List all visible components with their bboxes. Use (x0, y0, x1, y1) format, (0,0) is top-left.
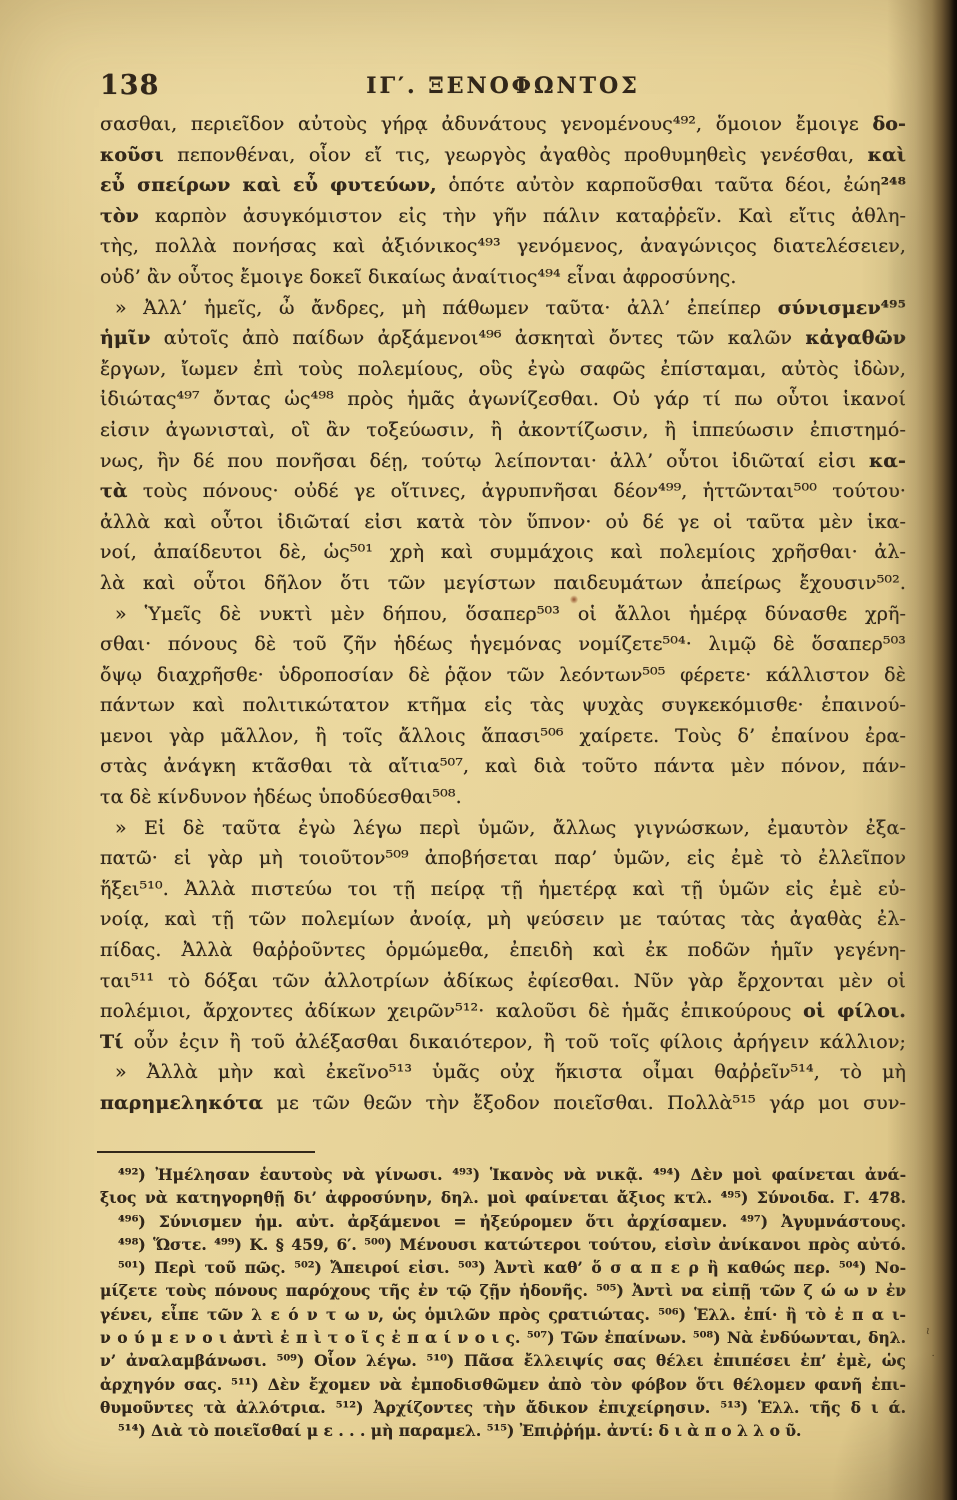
text-line: παρημεληκότα με τῶν θεῶν τὴν ἔξοδον ποιε… (100, 1088, 906, 1119)
footnote-separator (97, 1151, 315, 1153)
footnote-line: ⁴⁹⁸) Ὥστε. ⁴⁹⁹) Κ. § 459, 6′. ⁵⁰⁰) Μένου… (100, 1233, 906, 1256)
text-line: σασθαι, περιεῖδον αὐτοὺς γήρᾳ ἀδυνάτους … (100, 109, 906, 140)
footnote-line: ⁴⁹²) Ἠμέλησαν ἑαυτοὺς νὰ γίνωσι. ⁴⁹³) Ἱκ… (100, 1163, 906, 1186)
text-line: πάντων καὶ πολιτικώτατον κτῆμα εἰς τὰς ψ… (100, 690, 906, 721)
text-line: νοί, ἀπαίδευτοι δὲ, ὡς⁵⁰¹ χρὴ καὶ συμμάχ… (100, 537, 906, 568)
footnotes: ⁴⁹²) Ἠμέλησαν ἑαυτοὺς νὰ γίνωσι. ⁴⁹³) Ἱκ… (100, 1163, 906, 1443)
text-line: σθαι· πόνους δὲ τοῦ ζῆν ἡδέως ἡγεμόνας ν… (100, 629, 906, 660)
text-line: ὄψῳ διαχρῆσθε· ὑδροποσίαν δὲ ῥᾷον τῶν λε… (100, 660, 906, 691)
page-header: 138 ΙΓ′. ΞΕΝΟΦΩΝΤΟΣ (100, 70, 906, 104)
book-page: 138 ΙΓ′. ΞΕΝΟΦΩΝΤΟΣ σασθαι, περιεῖδον αὐ… (0, 0, 957, 1500)
text-line: πίδας. Ἀλλὰ θαῤῥοῦντες ὁρμώμεθα, ἐπειδὴ … (100, 935, 906, 966)
footnote-line: θυμοῦντες τὰ ἀλλότρια. ⁵¹²) Ἀρχίζοντες τ… (100, 1396, 906, 1419)
text-line: ἰδιώτας⁴⁹⁷ ὄντας ὡς⁴⁹⁸ πρὸς ἡμᾶς ἀγωνίζε… (100, 384, 906, 415)
footnote-line: ⁵¹⁴) Διὰ τὸ ποιεῖσθαί μ ε . . . μὴ παραμ… (100, 1419, 906, 1442)
text-line: » Εἰ δὲ ταῦτα ἐγὼ λέγω περὶ ὑμῶν, ἄλλως … (100, 813, 906, 844)
text-line: τὴς, πολλὰ πονήσας καὶ ἀξιόνικος⁴⁹³ γενό… (100, 231, 906, 262)
footnote-line: ν’ ἀναλαμβάνωσι. ⁵⁰⁹) Οἷον λέγω. ⁵¹⁰) Πᾶ… (100, 1349, 906, 1372)
text-line: εἰσιν ἀγωνισταὶ, οἳ ἂν τοξεύωσιν, ἢ ἀκον… (100, 415, 906, 446)
text-line: ται⁵¹¹ τὸ δόξαι τῶν ἀλλοτρίων ἀδίκως ἐφί… (100, 966, 906, 997)
text-line: τὰ τοὺς πόνους· οὐδέ γε οἵτινες, ἀγρυπνῆ… (100, 476, 906, 507)
paragraph: » Ἀλλὰ μὴν καὶ ἐκεῖνο⁵¹³ ὑμᾶς οὐχ ἥκιστα… (100, 1057, 906, 1118)
text-line: ἀλλὰ καὶ οὗτοι ἰδιῶταί εἰσι κατὰ τὸν ὕπν… (100, 507, 906, 538)
footnote-line: ἀρχηγόν σας. ⁵¹¹) Δὲν ἔχομεν νὰ ἐμποδισθ… (100, 1373, 906, 1396)
footnote-line: γένει, εἶπε τῶν λ ε ό ν τ ω ν, ὡς ὁμιλῶν… (100, 1303, 906, 1326)
text-line: νοίᾳ, καὶ τῇ τῶν πολεμίων ἀνοίᾳ, μὴ ψεύσ… (100, 904, 906, 935)
text-line: λὰ καὶ οὗτοι δῆλον ὅτι τῶν μεγίστων παιδ… (100, 568, 906, 599)
text-line: στὰς ἀνάγκη κτᾶσθαι τὰ αἴτια⁵⁰⁷, καὶ διὰ… (100, 751, 906, 782)
text-line: οὐδ’ ἂν οὗτος ἔμοιγε δοκεῖ δικαίως ἀναίτ… (100, 262, 906, 293)
text-line: » Ἀλλ’ ἡμεῖς, ὦ ἄνδρες, μὴ πάθωμεν ταῦτα… (100, 293, 906, 324)
margin-pen-mark: ι (924, 1324, 931, 1338)
paragraph: σασθαι, περιεῖδον αὐτοὺς γήρᾳ ἀδυνάτους … (100, 109, 906, 293)
text-line: » Ὑμεῖς δὲ νυκτὶ μὲν δήπου, ὅσαπερ⁵⁰³ οἱ… (100, 599, 906, 630)
footnote-line: ν ο ύ μ ε ν ο ι ἀντὶ ἐ π ὶ τ ο ῖ ς ἐ π α… (100, 1326, 906, 1349)
page-title: ΙΓ′. ΞΕΝΟΦΩΝΤΟΣ (100, 70, 906, 99)
text-line: μενοι γὰρ μᾶλλον, ἢ τοῖς ἄλλοις ἅπασι⁵⁰⁶… (100, 721, 906, 752)
paragraph: » Ἀλλ’ ἡμεῖς, ὦ ἄνδρες, μὴ πάθωμεν ταῦτα… (100, 293, 906, 599)
main-text: σασθαι, περιεῖδον αὐτοὺς γήρᾳ ἀδυνάτους … (100, 109, 906, 1119)
text-line: » Ἀλλὰ μὴν καὶ ἐκεῖνο⁵¹³ ὑμᾶς οὐχ ἥκιστα… (100, 1057, 906, 1088)
paragraph: » Ὑμεῖς δὲ νυκτὶ μὲν δήπου, ὅσαπερ⁵⁰³ οἱ… (100, 599, 906, 813)
text-line: πολέμιοι, ἄρχοντες ἀδίκων χειρῶν⁵¹²· καλ… (100, 996, 906, 1027)
text-line: Τί οὖν ἐςιν ἢ τοῦ ἀλέξασθαι δικαιότερον,… (100, 1027, 906, 1058)
footnote-line: μίζετε τοὺς πόνους παρόχους τῆς ἐν τῷ ζῇ… (100, 1279, 906, 1302)
margin-pen-mark: . (930, 1346, 935, 1359)
footnote-line: ⁴⁹⁶) Σύνισμεν ἡμ. αὐτ. ἀρξάμενοι = ἠξεύρ… (100, 1210, 906, 1233)
footnote-line: ⁵⁰¹) Περὶ τοῦ πῶς. ⁵⁰²) Ἄπειροί εἰσι. ⁵⁰… (100, 1256, 906, 1279)
text-line: ἔργων, ἴωμεν ἐπὶ τοὺς πολεμίους, οὓς ἐγὼ… (100, 354, 906, 385)
text-line: πατῶ· εἰ γὰρ μὴ τοιοῦτον⁵⁰⁹ ἀποβήσεται π… (100, 843, 906, 874)
text-line: εὖ σπείρων καὶ εὖ φυτεύων, ὁπότε αὐτὸν κ… (100, 170, 906, 201)
text-line: νως, ἢν δέ που πονῆσαι δέῃ, τούτῳ λείπον… (100, 446, 906, 477)
text-line: ἡμῖν αὐτοῖς ἀπὸ παίδων ἀρξάμενοι⁴⁹⁶ ἀσκη… (100, 323, 906, 354)
text-line: κοῦσι πεπονθέναι, οἷον εἴ τις, γεωργὸς ἀ… (100, 140, 906, 171)
footnote-line: ξιος νὰ κατηγορηθῇ δι’ ἀφροσύνην, δηλ. μ… (100, 1186, 906, 1209)
paragraph: » Εἰ δὲ ταῦτα ἐγὼ λέγω περὶ ὑμῶν, ἄλλως … (100, 813, 906, 1058)
page-number: 138 (100, 70, 159, 101)
text-line: τα δὲ κίνδυνον ἡδέως ὑποδύεσθαι⁵⁰⁸. (100, 782, 906, 813)
text-line: ἥξει⁵¹⁰. Ἀλλὰ πιστεύω τοι τῇ πείρᾳ τῇ ἡμ… (100, 874, 906, 905)
text-line: τὸν καρπὸν ἀσυγκόμιστον εἰς τὴν γῆν πάλι… (100, 201, 906, 232)
